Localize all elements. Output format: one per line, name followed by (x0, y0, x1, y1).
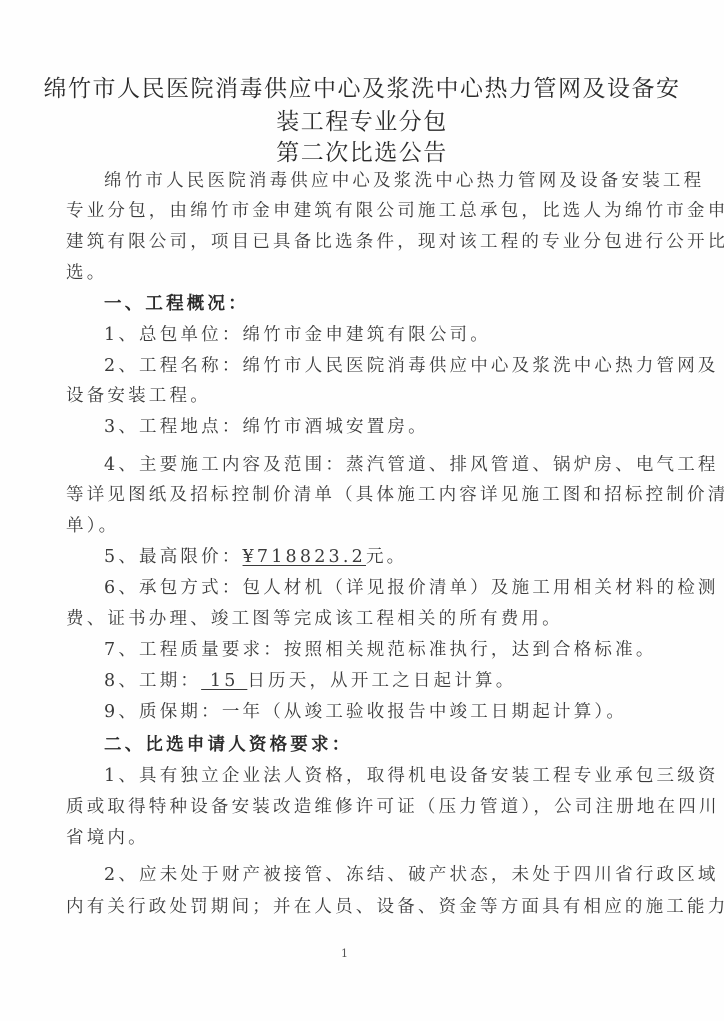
section1-item9: 9、质保期：一年（从竣工验收报告中竣工日期起计算）。 (104, 701, 684, 723)
section2-item1-line2: 质或取得特种设备安装改造维修许可证（压力管道），公司注册地在四川 (66, 796, 646, 818)
section1-item8: 8、工期： 15 日历天，从开工之日起计算。 (104, 670, 684, 692)
duration-label: 8、工期： (104, 671, 201, 691)
duration-value: 15 (201, 671, 247, 691)
section1-item2-line1: 2、工程名称：绵竹市人民医院消毒供应中心及浆洗中心热力管网及 (104, 355, 684, 377)
duration-unit: 日历天，从开工之日起计算。 (247, 671, 516, 691)
section1-item7: 7、工程质量要求：按照相关规范标准执行，达到合格标准。 (104, 639, 684, 661)
section1-item4-line3: 单）。 (66, 515, 646, 537)
page-number: 1 (341, 947, 348, 960)
section1-item1: 1、总包单位：绵竹市金申建筑有限公司。 (104, 324, 684, 346)
section1-item6-line1: 6、承包方式：包人材机（详见报价清单）及施工用相关材料的检测 (104, 577, 684, 599)
title-line-3: 第二次比选公告 (0, 134, 724, 167)
section2-item2-line1: 2、应未处于财产被接管、冻结、破产状态，未处于四川省行政区域 (104, 864, 684, 886)
section2-item1-line3: 省境内。 (66, 827, 646, 849)
max-price-value: ¥718823.2 (243, 547, 366, 567)
intro-line-1: 绵竹市人民医院消毒供应中心及浆洗中心热力管网及设备安装工程 (104, 170, 684, 192)
intro-line-2: 专业分包，由绵竹市金申建筑有限公司施工总承包，比选人为绵竹市金申 (66, 200, 646, 222)
section1-heading: 一、工程概况： (104, 293, 684, 315)
section1-item3: 3、工程地点：绵竹市酒城安置房。 (104, 416, 684, 438)
document-page: 绵竹市人民医院消毒供应中心及浆洗中心热力管网及设备安 装工程专业分包 第二次比选… (0, 0, 724, 1021)
title-line-2: 装工程专业分包 (0, 103, 724, 136)
intro-line-3: 建筑有限公司，项目已具备比选条件，现对该工程的专业分包进行公开比 (66, 231, 646, 253)
max-price-label: 5、最高限价： (104, 547, 243, 567)
section2-heading: 二、比选申请人资格要求： (104, 734, 684, 756)
intro-line-4: 选。 (66, 262, 646, 284)
title-line-1: 绵竹市人民医院消毒供应中心及浆洗中心热力管网及设备安 (0, 70, 724, 103)
section1-item5: 5、最高限价：¥718823.2元。 (104, 546, 684, 568)
section1-item4-line1: 4、主要施工内容及范围：蒸汽管道、排风管道、锅炉房、电气工程 (104, 454, 684, 476)
section2-item2-line2: 内有关行政处罚期间；并在人员、设备、资金等方面具有相应的施工能力。 (66, 896, 646, 918)
max-price-unit: 元。 (366, 547, 407, 567)
section1-item6-line2: 费、证书办理、竣工图等完成该工程相关的所有费用。 (66, 608, 646, 630)
section2-item1-line1: 1、具有独立企业法人资格，取得机电设备安装工程专业承包三级资 (104, 765, 684, 787)
section1-item2-line2: 设备安装工程。 (66, 385, 646, 407)
section1-item4-line2: 等详见图纸及招标控制价清单（具体施工内容详见施工图和招标控制价清 (66, 484, 646, 506)
